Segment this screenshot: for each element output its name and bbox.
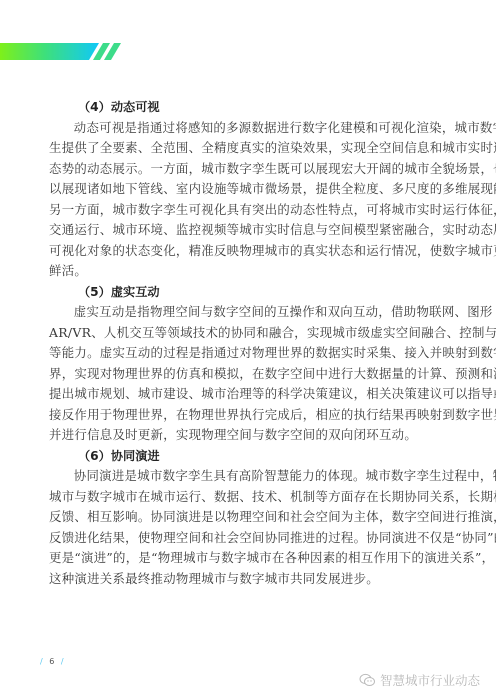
page-number: / 6 / bbox=[40, 657, 66, 666]
text-line: 态势的动态展示。一方面，城市数字孪生既可以展现宏大开阔的城市全貌场景，也可 bbox=[49, 159, 448, 180]
text-line: 动态可视是指通过将感知的多源数据进行数字化建模和可视化渲染，城市数字孪 bbox=[49, 118, 448, 139]
text-line: 更是“演进”的，是“物理城市与数字城市在各种因素的相互作用下的演进关系”， bbox=[49, 548, 448, 569]
watermark-text: 智慧城市行业动态 bbox=[380, 671, 480, 689]
text-line: 等能力。虚实互动的过程是指通过对物理世界的数据实时采集、接入并映射到数字世 bbox=[49, 343, 448, 364]
text-line: 并进行信息及时更新，实现物理空间与数字空间的双向闭环互动。 bbox=[49, 425, 448, 446]
text-line: 反馈、相互影响。协同演进是以物理空间和社会空间为主体，数字空间进行推演，并 bbox=[49, 507, 448, 528]
text-line: 接反作用于物理世界，在物理世界执行完成后，相应的执行结果再映射到数字世界， bbox=[49, 405, 448, 426]
text-line: 另一方面，城市数字孪生可视化具有突出的动态性特点，可将城市实时运行体征，如 bbox=[49, 200, 448, 221]
page-slash-left: / bbox=[40, 657, 45, 666]
text-line: 城市与数字城市在城市运行、数据、技术、机制等方面存在长期协同关系，长期相互 bbox=[49, 487, 448, 508]
paragraph-collaborative-evolution: 协同演进是城市数字孪生具有高阶智慧能力的体现。城市数字孪生过程中，物理 城市与数… bbox=[49, 466, 448, 589]
text-line: 提出城市规划、城市建设、城市治理等的科学决策建议，相关决策建议可以指导或直 bbox=[49, 384, 448, 405]
text-line: 可视化对象的状态变化，精准反映物理城市的真实状态和运行情况，使数字城市更加 bbox=[49, 241, 448, 262]
paragraph-virtual-real-interaction: 虚实互动是指物理空间与数字空间的互操作和双向互动，借助物联网、图形 / 图像、 … bbox=[49, 302, 448, 446]
header-decoration-bar bbox=[0, 43, 124, 60]
section-heading-collaborative-evolution: （6）协同演进 bbox=[49, 446, 448, 467]
text-line: 虚实互动是指物理空间与数字空间的互操作和双向互动，借助物联网、图形 / 图像、 bbox=[49, 302, 448, 323]
document-body: （4）动态可视 动态可视是指通过将感知的多源数据进行数字化建模和可视化渲染，城市… bbox=[49, 97, 448, 589]
paragraph-dynamic-visual: 动态可视是指通过将感知的多源数据进行数字化建模和可视化渲染，城市数字孪 生提供了… bbox=[49, 118, 448, 282]
section-heading-virtual-real-interaction: （5）虚实互动 bbox=[49, 282, 448, 303]
wechat-icon bbox=[359, 673, 376, 687]
text-line: 生提供了全要素、全范围、全精度真实的渲染效果，实现全空间信息和城市实时运行 bbox=[49, 138, 448, 159]
text-line: 反馈进化结果，使物理空间和社会空间协同推进的过程。协同演进不仅是“协同”的， bbox=[49, 528, 448, 549]
section-heading-dynamic-visual: （4）动态可视 bbox=[49, 97, 448, 118]
text-line: 鲜活。 bbox=[49, 261, 448, 282]
text-line: 这种演进关系最终推动物理城市与数字城市共同发展进步。 bbox=[49, 569, 448, 590]
page-slash-right: / bbox=[61, 657, 66, 666]
text-line: 交通运行、城市环境、监控视频等城市实时信息与空间模型紧密融合，实时动态展示 bbox=[49, 220, 448, 241]
text-line: AR/VR、人机交互等领域技术的协同和融合，实现城市级虚实空间融合、控制与反馈 bbox=[49, 323, 448, 344]
text-line: 以展现诸如地下管线、室内设施等城市微场景，提供全粒度、多尺度的多维展现能力。 bbox=[49, 179, 448, 200]
page-number-value: 6 bbox=[49, 657, 56, 666]
text-line: 界，实现对物理世界的仿真和模拟，在数字空间中进行大数据量的计算、预测和演练， bbox=[49, 364, 448, 385]
text-line: 协同演进是城市数字孪生具有高阶智慧能力的体现。城市数字孪生过程中，物理 bbox=[49, 466, 448, 487]
wechat-watermark: 智慧城市行业动态 bbox=[359, 671, 480, 689]
